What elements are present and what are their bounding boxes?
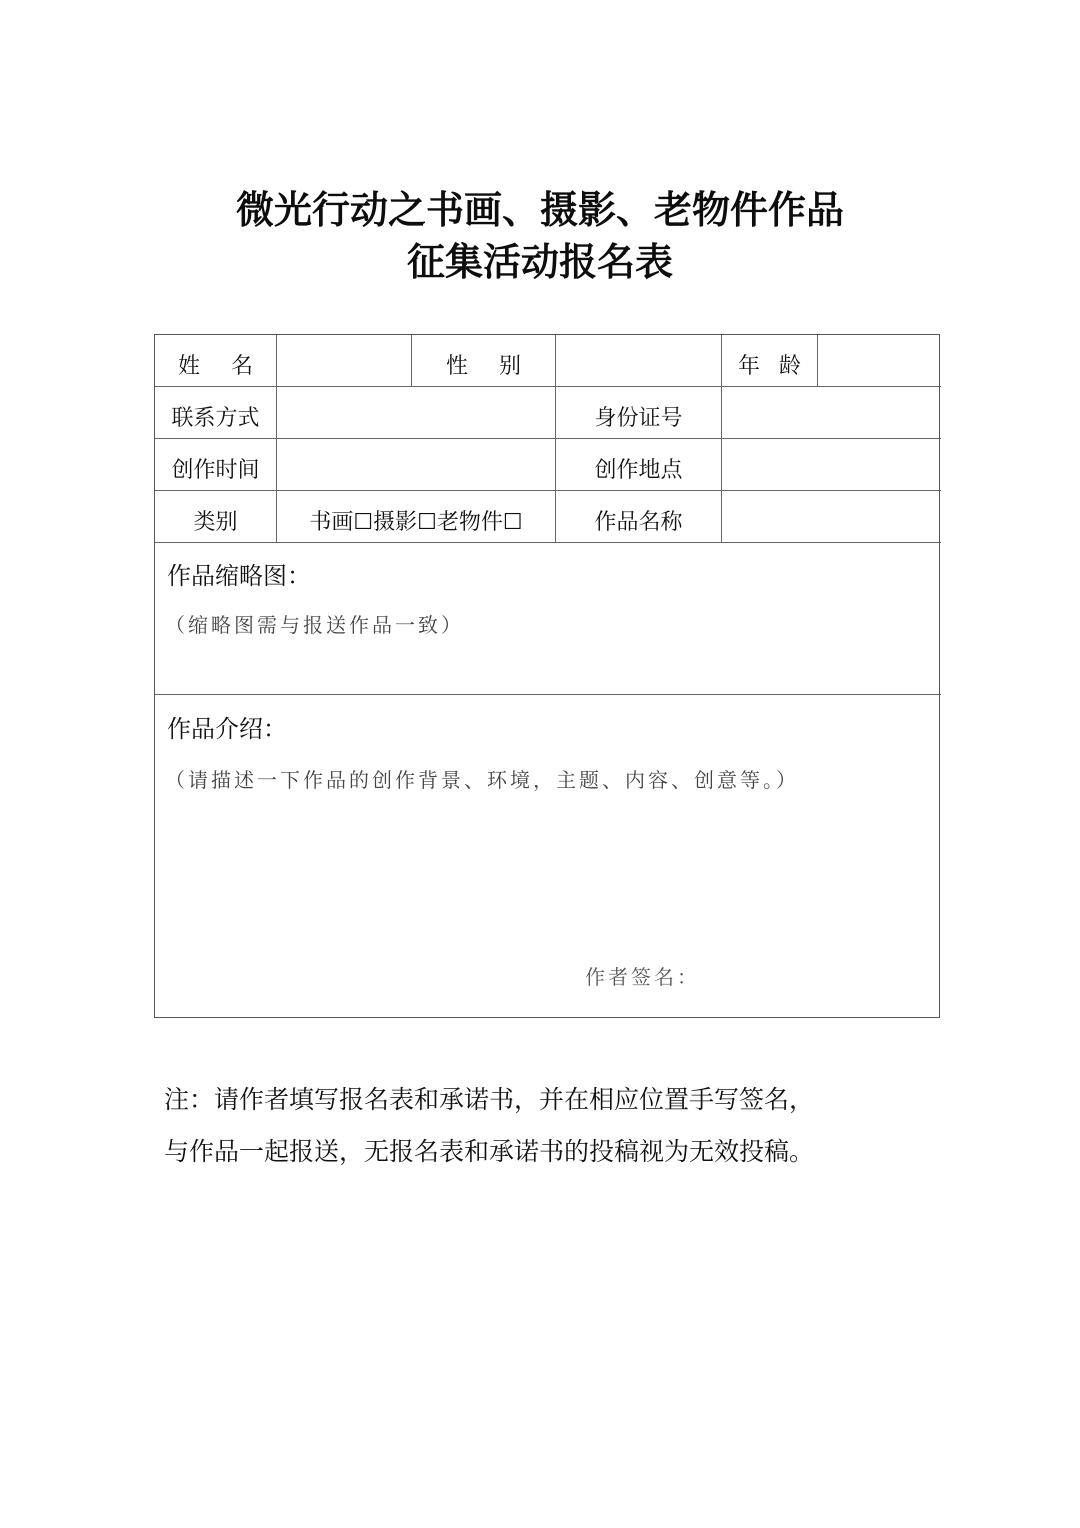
work-name-field[interactable] [722,491,940,542]
thumbnail-section[interactable]: 作品缩略图： （缩略图需与报送作品一致） [155,543,941,694]
gender-label: 性 别 [412,335,555,386]
category-checkbox-group[interactable]: 书画☐摄影☐老物件☐ [277,491,555,542]
thumbnail-hint: （缩略图需与报送作品一致） [165,609,464,638]
age-label: 年 龄 [722,335,817,386]
id-number-field[interactable] [722,387,940,438]
document-title-line-1: 微光行动之书画、摄影、老物件作品 [0,184,1080,236]
introduction-section[interactable]: 作品介绍： （请描述一下作品的创作背景、环境，主题、内容、创意等。） 作者签名： [155,695,941,1018]
age-field[interactable] [818,335,940,386]
creation-place-field[interactable] [722,439,940,490]
note-line-2: 与作品一起报送，无报名表和承诺书的投稿视为无效投稿。 [164,1135,814,1169]
name-field[interactable] [277,335,411,386]
contact-field[interactable] [277,387,555,438]
registration-form-table: 姓 名 性 别 年 龄 联系方式 身份证号 创作时间 创作地点 类别 书画☐摄影… [154,334,940,1018]
introduction-hint: （请描述一下作品的创作背景、环境，主题、内容、创意等。） [165,764,799,793]
work-name-label: 作品名称 [556,491,721,542]
creation-time-field[interactable] [277,439,555,490]
note-line-1: 注：请作者填写报名表和承诺书，并在相应位置手写签名， [164,1083,814,1117]
author-signature-label: 作者签名： [585,961,700,990]
creation-time-label: 创作时间 [155,439,276,490]
gender-field[interactable] [556,335,721,386]
contact-label: 联系方式 [155,387,276,438]
thumbnail-title: 作品缩略图： [167,556,311,591]
document-title-line-2: 征集活动报名表 [0,236,1080,288]
introduction-title: 作品介绍： [167,709,287,744]
category-label: 类别 [155,491,276,542]
id-number-label: 身份证号 [556,387,721,438]
name-label: 姓 名 [155,335,276,386]
creation-place-label: 创作地点 [556,439,721,490]
